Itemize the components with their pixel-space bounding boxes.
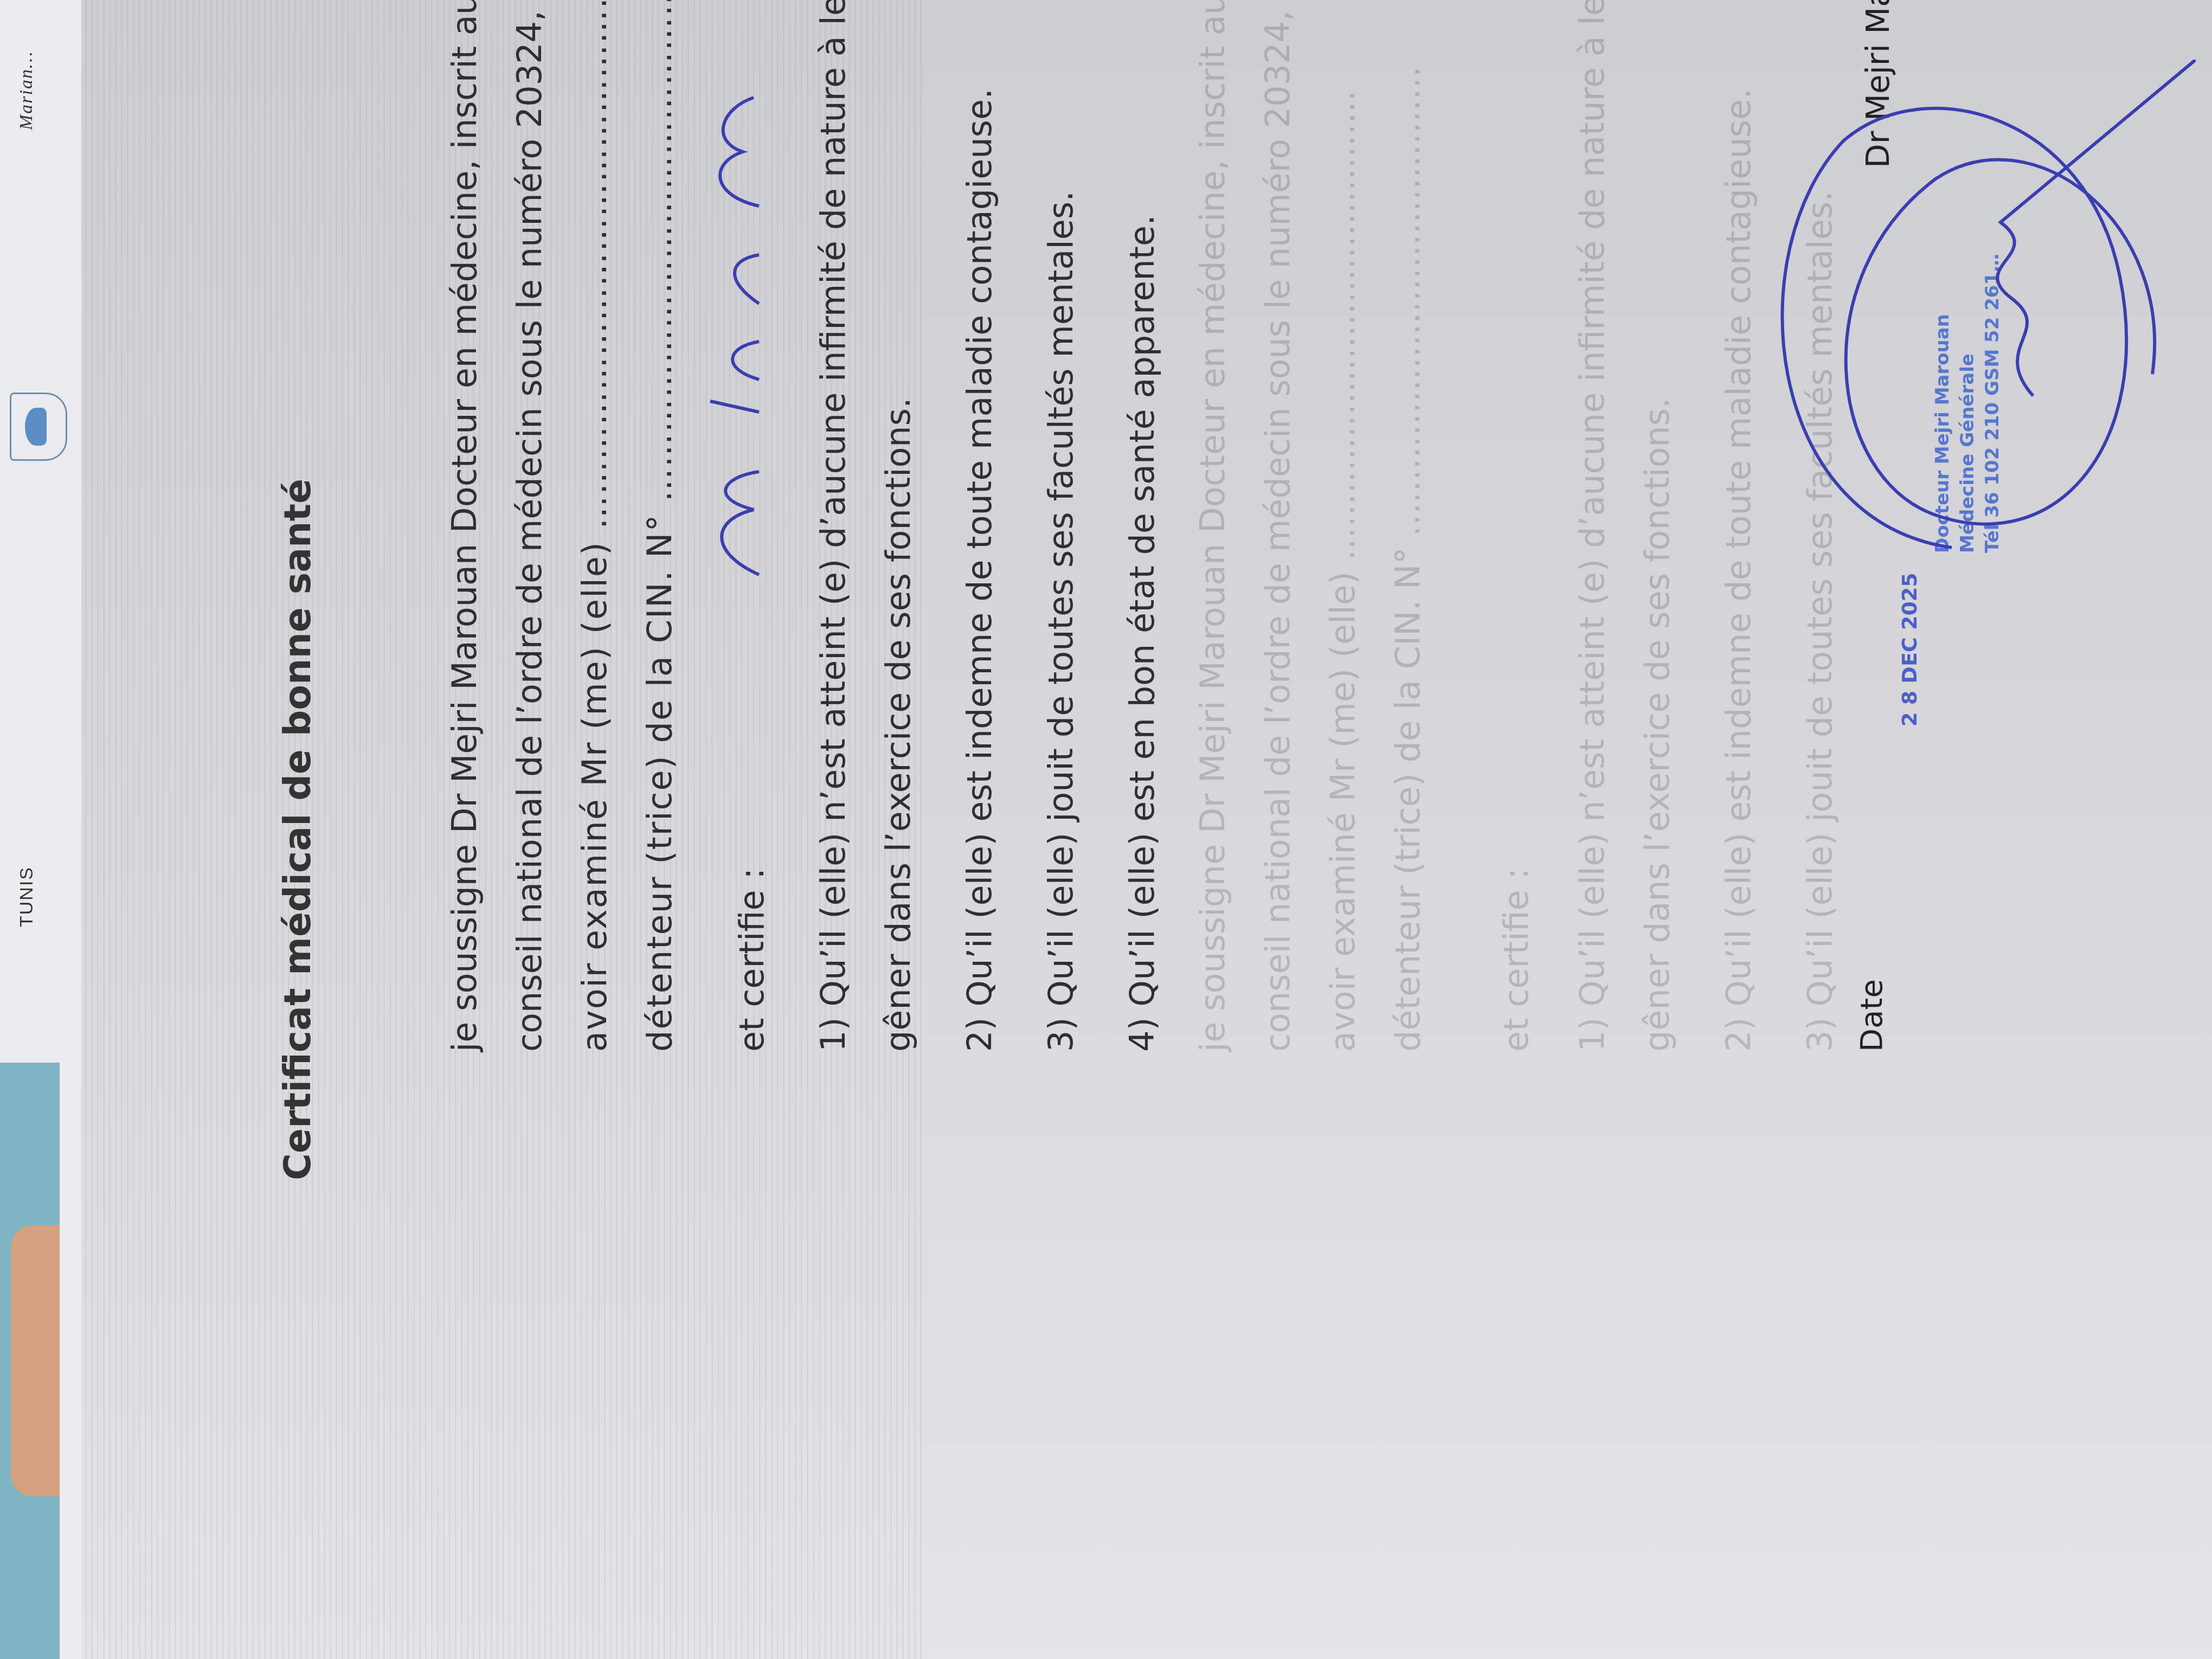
header-city-label: TUNIS (16, 866, 37, 927)
bleed-through-line: 1) Qu’il (elle) n’est atteint (e) d’aucu… (1572, 0, 1612, 1052)
tunisia-emblem-icon (10, 393, 67, 461)
certify-item-2: 2) Qu’il (elle) est indemne de toute mal… (960, 88, 999, 1052)
header-right-label: Marian… (16, 51, 37, 130)
certify-item-1-cont: gêner dans l’exercice de ses fonctions. (878, 397, 918, 1052)
bleed-through-line: je soussigne Dr Mejri Marouan Docteur en… (1193, 0, 1232, 1052)
page-title: Certificat médical de bonne santé (276, 0, 319, 1659)
letterhead-strip: TUNIS Marian… (0, 0, 81, 1659)
intro-line-cin: détenteur (trice) de la CIN. N° ……………………… (640, 0, 679, 1052)
certify-label: et certifie : (732, 868, 771, 1052)
header-photo (0, 1063, 60, 1659)
certify-item-3: 3) Qu’il (elle) jouit de toutes ses facu… (1041, 191, 1081, 1052)
bleed-through-line: avoir examiné Mr (me) (elle) ……………………………… (1323, 90, 1362, 1052)
intro-line-2: conseil national de l’ordre de médecin s… (510, 0, 549, 1052)
intro-line-patient: avoir examiné Mr (me) (elle) ……………………………… (575, 0, 614, 1052)
handwritten-patient-name (678, 43, 786, 586)
bleed-through-line: conseil national de l’ordre de médecin s… (1258, 0, 1297, 1052)
bleed-through-line: gêner dans l’exercice de ses fonctions. (1637, 397, 1677, 1052)
doctor-signature (1708, 60, 2196, 602)
certify-item-1: 1) Qu’il (elle) n’est atteint (e) d’aucu… (813, 0, 853, 1052)
bleed-through-line: détenteur (trice) de la CIN. N° ……………………… (1388, 66, 1427, 1052)
medical-certificate-page: TUNIS Marian… Certificat médical de bonn… (0, 0, 2212, 1659)
certify-item-4: 4) Qu’il (elle) est en bon état de santé… (1122, 215, 1162, 1052)
intro-line-1: je soussigne Dr Mejri Marouan Docteur en… (445, 0, 484, 1052)
bleed-through-line: et certifie : (1496, 868, 1536, 1052)
date-label: Date (1854, 979, 1889, 1052)
